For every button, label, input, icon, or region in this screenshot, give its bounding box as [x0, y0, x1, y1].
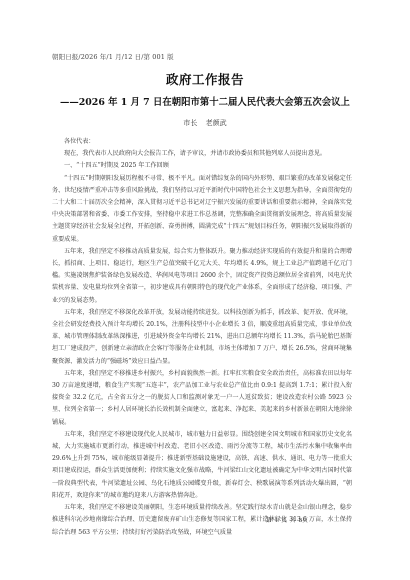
paragraph-reform: 五年来，我们坚定不移深化改革开放，发展动能持续迸发。以科技创新为抓手，抓改革、促… [52, 307, 352, 368]
paragraph-rural: 五年来，我们坚定不移推进乡村振兴，乡村面貌焕然一新。扛牢扛实粮食安全政治责任，高… [52, 368, 352, 429]
paragraph-intro: 现在，我代表市人民政府向大会报告工作，请予审议，并请市政协委员和其他列席人员提出… [52, 148, 352, 160]
paragraph-urban: 五年来，我们坚定不移建设现代化人民城市，城市魅力日益彰显。围绕创建全国文明城市和… [52, 429, 352, 502]
paragraph-overview: “十四五”时期朝阳发展历程极不寻常、极不平凡。面对错综复杂的国内外形势、艰巨繁重… [52, 173, 352, 246]
document-title: 政府工作报告 [0, 70, 410, 88]
page-indicator: 第 1 页 共 8页 [266, 515, 308, 524]
newspaper-source-line: 朝阳日报/2026 年/1 月/12 日/第 001 版 [52, 52, 174, 61]
paragraph-development: 五年来，我们坚定不移推动高质量发展，综合实力整体跃升。聚力推动经济实现质的有效提… [52, 246, 352, 307]
document-author: 市长 老颜武 [0, 118, 410, 128]
document-subtitle: ——2026 年 1 月 7 日在朝阳市第十二届人民代表大会第五次会议上 [60, 94, 350, 108]
section-heading: 一、“十四五”时期及 2025 年工作回顾 [52, 160, 352, 172]
salutation: 各位代表： [52, 136, 352, 148]
document-body: 各位代表： 现在，我代表市人民政府向大会报告工作，请予审议，并请市政协委员和其他… [52, 136, 352, 539]
